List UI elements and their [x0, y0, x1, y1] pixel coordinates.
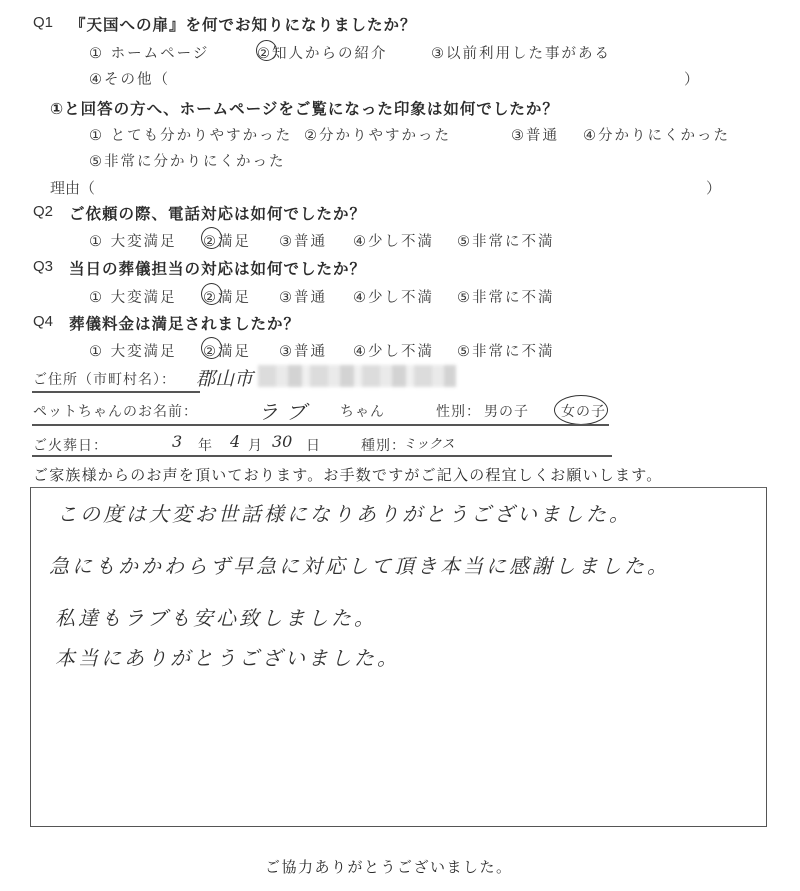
q2-question: ご依頼の際、電話対応は如何でしたか？: [69, 202, 366, 224]
comment-line-2: 急にもかかわらず早急に対応して頂き本当に感謝しました。: [49, 550, 670, 579]
q4-question: 葬儀料金は満足されましたか？: [69, 312, 300, 334]
q1-question: 『天国への扉』を何でお知りになりましたか？: [70, 13, 417, 35]
cremation-year-unit: 年: [198, 435, 213, 455]
q1-sub-question: ①と回答の方へ、ホームページをご覧になった印象は如何でしたか？: [50, 97, 559, 119]
address-label: ご住所（市町村名）：: [33, 369, 176, 389]
comment-line-1: この度は大変お世話様になりありがとうございました。: [57, 498, 632, 527]
q1-sub-option-4[interactable]: ④分かりにくかった: [583, 124, 730, 145]
cremation-day-value[interactable]: 30: [272, 432, 292, 451]
q2-option-4[interactable]: ④少し不満: [353, 230, 434, 251]
cremation-month-value[interactable]: 4: [230, 432, 240, 451]
q1-sub-option-2[interactable]: ②分かりやすかった: [304, 124, 451, 145]
comment-line-4: 本当にありがとうございました。: [55, 642, 400, 671]
q2-option-1[interactable]: ① 大変満足: [89, 230, 177, 251]
footer-thanks: ご協力ありがとうございました。: [265, 856, 513, 877]
q1-number: Q1: [33, 14, 53, 31]
gender-male-option[interactable]: 男の子: [484, 401, 529, 421]
q2-option-2[interactable]: ②満足: [203, 230, 251, 251]
pet-name-label: ペットちゃんのお名前：: [33, 401, 198, 421]
q4-option-1[interactable]: ① 大変満足: [89, 340, 177, 361]
q4-option-5[interactable]: ⑤非常に不満: [457, 340, 555, 361]
q1-option-4[interactable]: ④その他（: [89, 68, 170, 89]
q1-sub-option-5[interactable]: ⑤非常に分かりにくかった: [89, 150, 286, 171]
q1-option-2[interactable]: ②知人からの紹介: [257, 42, 388, 63]
q2-option-3[interactable]: ③普通: [279, 230, 327, 251]
q3-option-1[interactable]: ① 大変満足: [89, 286, 177, 307]
pet-underline: [32, 424, 609, 426]
q4-option-3[interactable]: ③普通: [279, 340, 327, 361]
q1-option-1[interactable]: ① ホームページ: [89, 42, 209, 63]
q1-option-3[interactable]: ③以前利用した事がある: [431, 42, 611, 63]
q3-number: Q3: [33, 258, 53, 275]
q2-option-5[interactable]: ⑤非常に不満: [457, 230, 555, 251]
q4-option-4[interactable]: ④少し不満: [353, 340, 434, 361]
cremation-year-value[interactable]: 3: [172, 432, 182, 451]
gender-female-option[interactable]: 女の子: [561, 401, 606, 421]
address-redacted-block: [258, 365, 456, 387]
q3-question: 当日の葬儀担当の対応は如何でしたか？: [69, 257, 366, 279]
comment-prompt: ご家族様からのお声を頂いております。お手数ですがご記入の程宜しくお願いします。: [33, 464, 662, 485]
q3-option-5[interactable]: ⑤非常に不満: [457, 286, 555, 307]
cremation-label: ご火葬日：: [33, 435, 108, 455]
q1-sub-option-3[interactable]: ③普通: [511, 124, 559, 145]
pet-name-value[interactable]: ラブ: [258, 396, 314, 425]
cremation-underline: [32, 455, 612, 457]
q3-option-4[interactable]: ④少し不満: [353, 286, 434, 307]
address-value[interactable]: 郡山市: [196, 364, 253, 391]
q1-other-close: ）: [684, 68, 699, 89]
comment-line-3: 私達もラブも安心致しました。: [55, 602, 377, 631]
address-underline: [32, 391, 200, 393]
cremation-day-unit: 日: [306, 435, 321, 455]
q4-option-2[interactable]: ②満足: [203, 340, 251, 361]
comment-box[interactable]: この度は大変お世話様になりありがとうございました。 急にもかかわらず早急に対応し…: [30, 487, 767, 827]
q2-number: Q2: [33, 203, 53, 220]
cremation-month-unit: 月: [248, 435, 263, 455]
gender-label: 性別：: [436, 401, 481, 421]
breed-type-value[interactable]: ミックス: [403, 433, 455, 452]
pet-name-suffix: ちゃん: [340, 401, 385, 421]
reason-label: 理由（: [50, 177, 95, 198]
q3-option-2[interactable]: ②満足: [203, 286, 251, 307]
q3-option-3[interactable]: ③普通: [279, 286, 327, 307]
reason-close: ）: [706, 177, 721, 198]
q1-sub-option-1[interactable]: ① とても分かりやすかった: [89, 124, 292, 145]
breed-type-label: 種別：: [361, 435, 406, 455]
q4-number: Q4: [33, 313, 53, 330]
